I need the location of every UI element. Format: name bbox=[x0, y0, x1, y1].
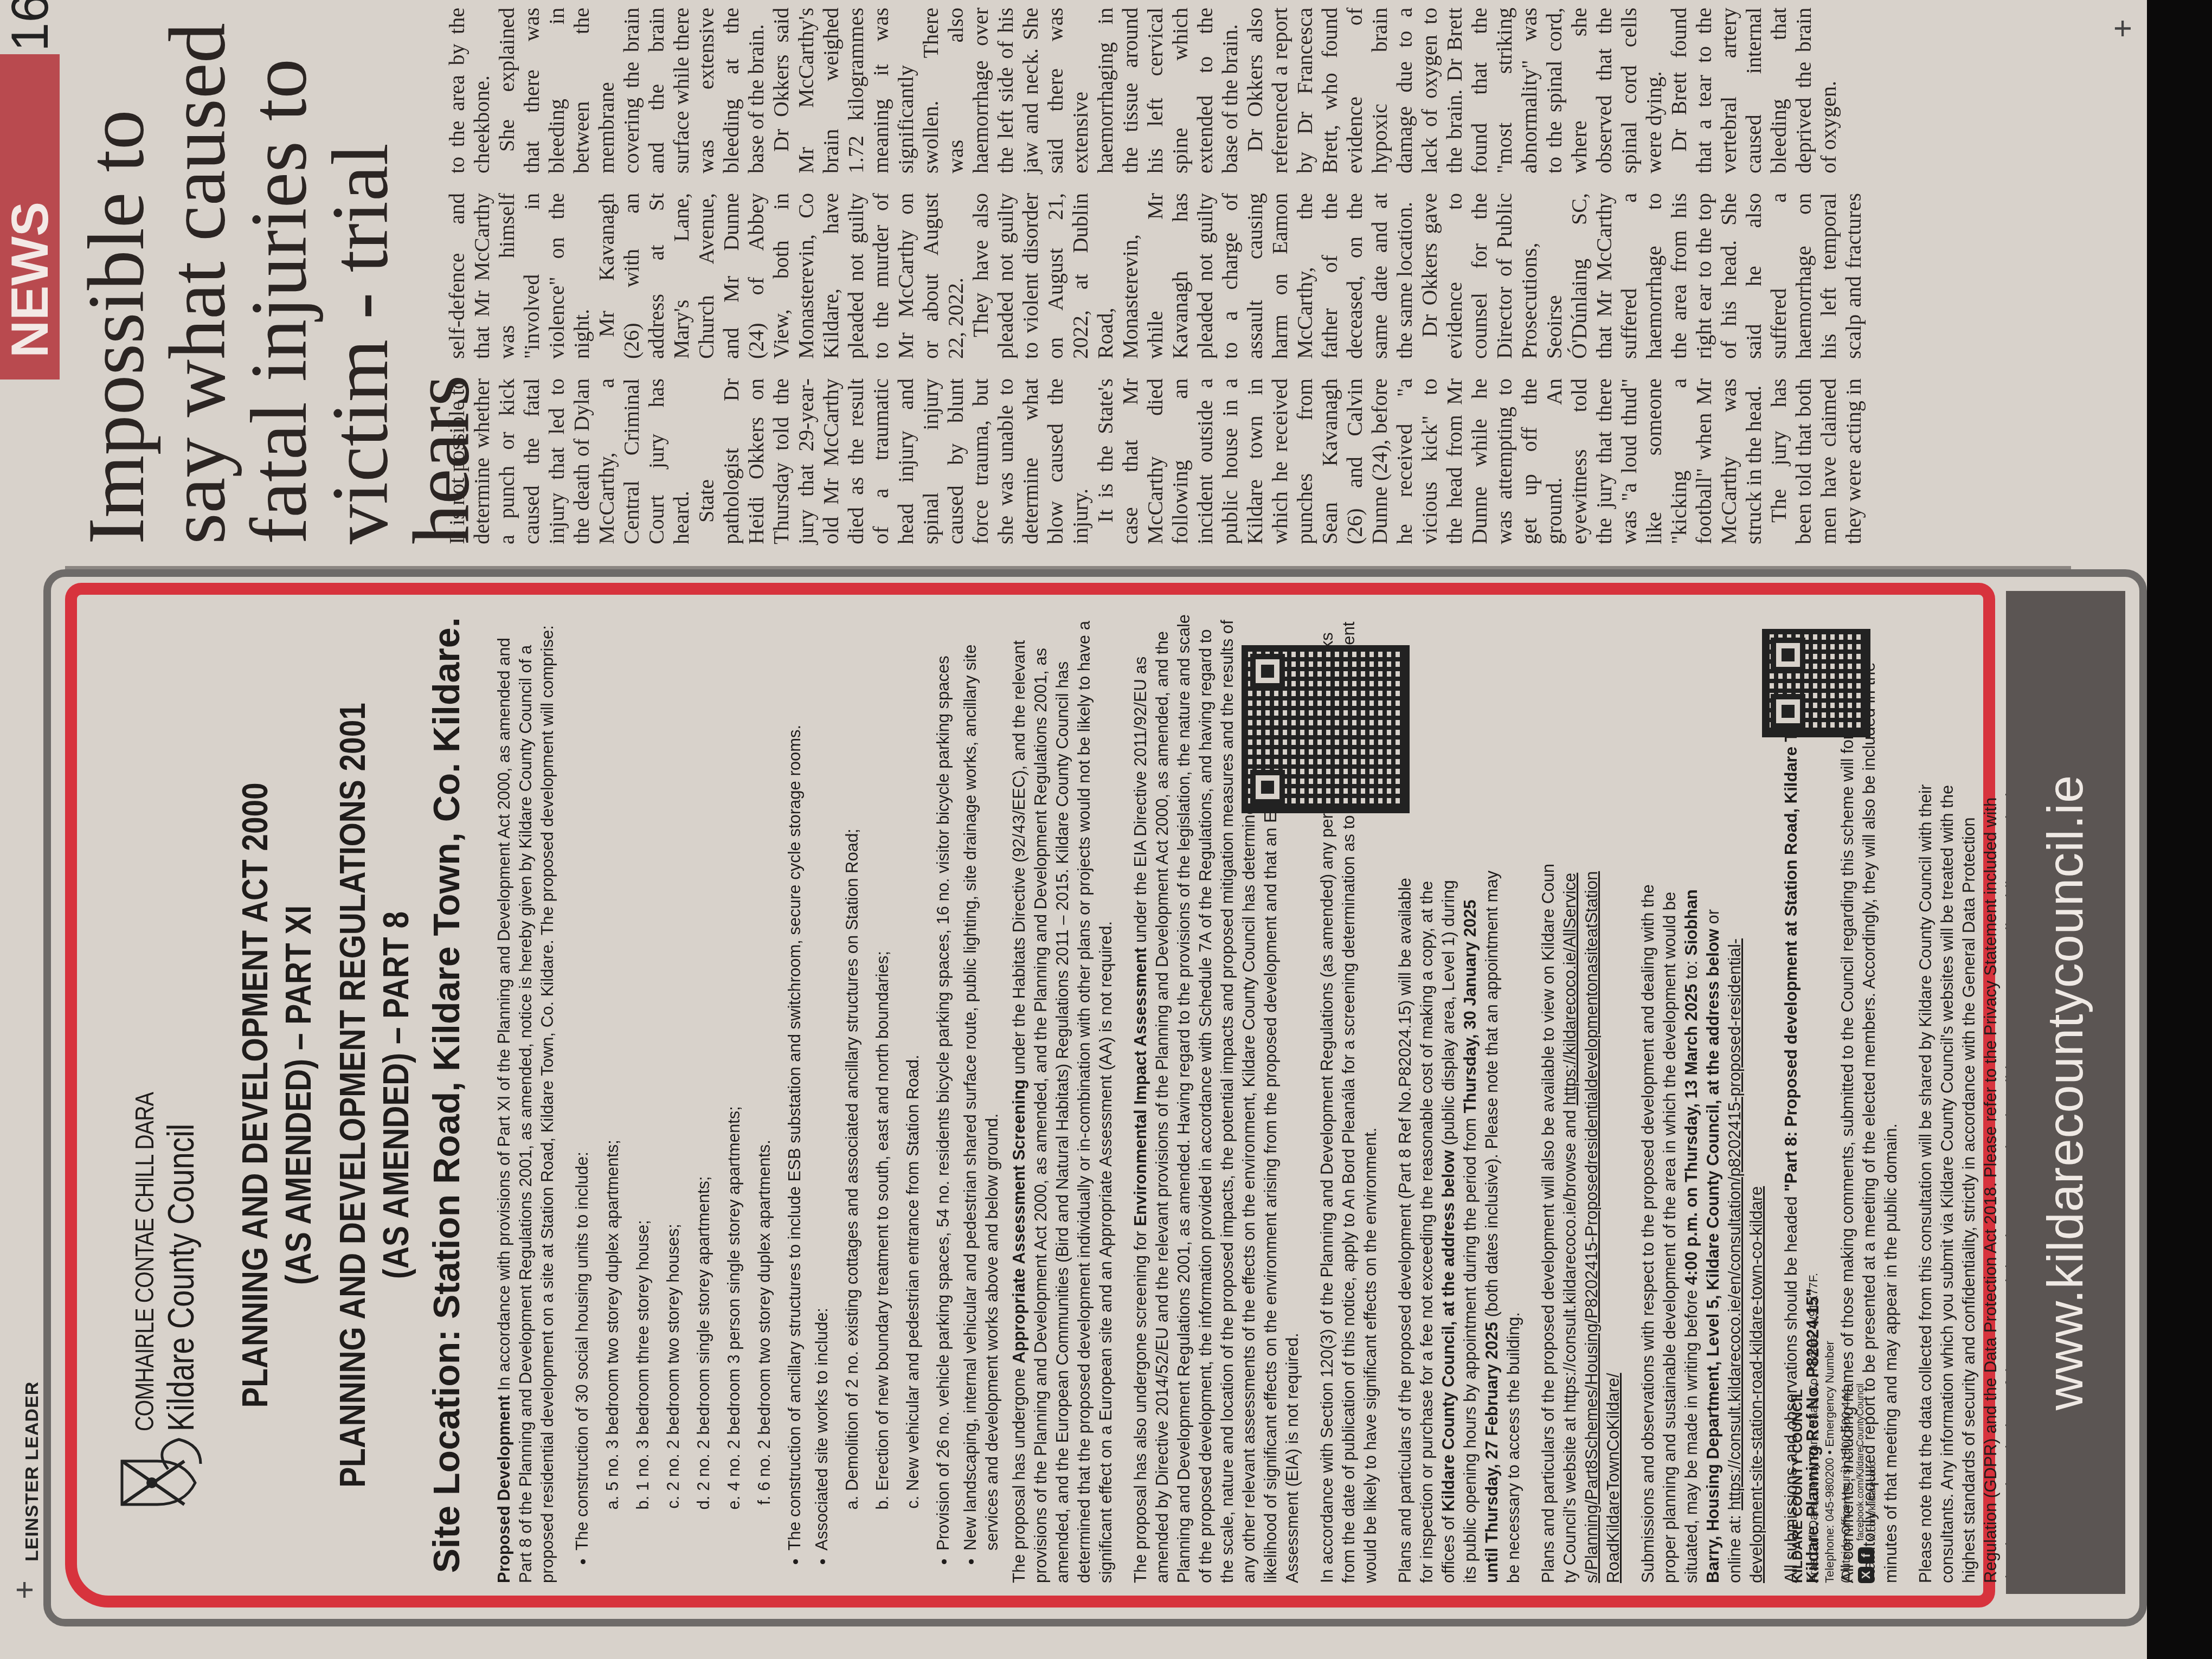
page-number: 16 bbox=[0, 0, 60, 52]
article-paragraph: Dr Brett found that a tear to the verteb… bbox=[1667, 8, 1841, 173]
eia-bold: Environmental Impact Assessment bbox=[1131, 948, 1150, 1226]
aa-pre: The proposal has undergone bbox=[1009, 1364, 1028, 1583]
article-paragraph: Dr Okkers said Mr McCarthy's brain weigh… bbox=[769, 8, 1243, 173]
website-banner[interactable]: www.kildarecountycouncil.ie bbox=[2006, 591, 2125, 1594]
list-item: New landscaping, internal vehicular and … bbox=[960, 607, 1003, 1551]
contact-telephone: Telephone: 045-980200 • Emergency Number bbox=[1822, 1273, 1838, 1583]
article-paragraph: They have also pleaded not guilty to vio… bbox=[968, 193, 1417, 359]
online-paragraph: Plans and particulars of the proposed de… bbox=[1538, 862, 1624, 1583]
heading-act-line-1: PLANNING AND DEVELOPMENT ACT 2000 bbox=[233, 676, 276, 1515]
list-item: 4 no. 2 bedroom 3 person single storey a… bbox=[723, 607, 745, 1491]
plans-paragraph: Plans and particulars of the proposed de… bbox=[1394, 862, 1525, 1583]
consultation-link[interactable]: https://consult.kildarecoco.ie/en/consul… bbox=[1725, 938, 1766, 1583]
list-item: New vehicular and pedestrian entrance fr… bbox=[902, 607, 924, 1491]
social-links: Xf facebook.com/KildareCountyCouncil X.c… bbox=[1854, 1273, 1878, 1583]
heading-act-line-2: (AS AMENDED) – PART XI bbox=[276, 676, 320, 1515]
heading-regs-line-1: PLANNING AND DEVELOPMENT REGULATIONS 200… bbox=[331, 676, 374, 1515]
article-body: It is not possible to determine whether … bbox=[445, 8, 1881, 544]
x-icon[interactable]: X bbox=[1858, 1567, 1874, 1583]
article-paragraph: Mr Kavanagh (26) with an address at St M… bbox=[594, 193, 968, 359]
qr-code-privacy[interactable] bbox=[1762, 629, 1870, 737]
list-item: Provision of 26 no. vehicle parking spac… bbox=[933, 607, 954, 1551]
section-label: NEWS bbox=[0, 54, 60, 380]
crop-mark-icon: + bbox=[5, 1580, 43, 1599]
heading-act-2000: PLANNING AND DEVELOPMENT ACT 2000 (AS AM… bbox=[233, 676, 320, 1515]
council-crest-icon bbox=[119, 1437, 206, 1507]
newspaper-page: LEINSTER LEADER NEWS 16 + COMHAIRLE CONT… bbox=[0, 0, 2147, 1659]
council-name-irish: COMHAIRLE CONTAE CHILL DARA bbox=[130, 1092, 160, 1431]
housing-units-list: 5 no. 3 bedroom two storey duplex apartm… bbox=[602, 607, 775, 1518]
qr-code-plans[interactable] bbox=[1242, 645, 1410, 813]
council-contact-info: KILDARE COUNTY COUNCIL Áras Chill Dara, … bbox=[1789, 1273, 1878, 1583]
contact-address: Áras Chill Dara, Devoy Park, Naas, Co. K… bbox=[1805, 1273, 1822, 1583]
aa-paragraph: The proposal has undergone Appropriate A… bbox=[1008, 607, 1117, 1583]
intro-paragraph: Proposed Development In accordance with … bbox=[493, 607, 558, 1583]
list-item: Demolition of 2 no. existing cottages an… bbox=[841, 607, 863, 1491]
intro-bold: Proposed Development bbox=[494, 1396, 513, 1583]
council-name-english: Kildare County Council bbox=[160, 1124, 202, 1431]
list-item: Associated site works to include: Demoli… bbox=[811, 607, 924, 1551]
list-item: 5 no. 3 bedroom two storey duplex apartm… bbox=[602, 607, 623, 1491]
heading-regulations-2001: PLANNING AND DEVELOPMENT REGULATIONS 200… bbox=[331, 676, 417, 1515]
submissions-paragraph: Submissions and observations with respec… bbox=[1637, 862, 1767, 1583]
article-paragraph: State pathologist Dr Heidi Okkers on Thu… bbox=[694, 378, 1093, 544]
list-item: The construction of 30 social housing un… bbox=[571, 607, 775, 1551]
subm-mid: to: bbox=[1682, 956, 1701, 984]
article-paragraph: It is not possible to determine whether … bbox=[445, 378, 694, 544]
x-link[interactable]: X.com/kildarecoco bbox=[1867, 1461, 1877, 1541]
aa-bold: Appropriate Assessment Screening bbox=[1009, 1079, 1028, 1364]
housing-bullet: The construction of 30 social housing un… bbox=[573, 1152, 591, 1551]
crop-mark-icon: + bbox=[2104, 19, 2141, 38]
article-paragraph: She explained that there was bleeding in… bbox=[494, 8, 769, 173]
plans-bold-1: Kildare County Council, at the address b… bbox=[1439, 1150, 1458, 1512]
site-works-list: Demolition of 2 no. existing cottages an… bbox=[841, 607, 924, 1518]
publication-name: LEINSTER LEADER bbox=[22, 1381, 43, 1561]
subm-deadline: 4:00 p.m. on Thursday, 13 March 2025 bbox=[1682, 983, 1701, 1285]
article-paragraph: Dr Okkers also referenced a report by Dr… bbox=[1243, 8, 1667, 173]
list-item: 1 no. 3 bedroom three storey house; bbox=[632, 607, 654, 1491]
list-item: 6 no. 2 bedroom two storey duplex apartm… bbox=[754, 607, 775, 1491]
eia-pre: The proposal has also undergone screenin… bbox=[1131, 1226, 1150, 1583]
list-item: 2 no. 2 bedroom two storey houses; bbox=[663, 607, 684, 1491]
news-article: Impossible to say what caused fatal inju… bbox=[65, 0, 2071, 569]
contact-emergency: (Outside Office Hours) 1800 500 444 bbox=[1838, 1273, 1854, 1583]
article-paragraph: It is the State's case that Mr McCarthy … bbox=[1093, 378, 1766, 544]
facebook-icon[interactable]: f bbox=[1858, 1547, 1874, 1564]
contact-title: KILDARE COUNTY COUNCIL bbox=[1789, 1273, 1805, 1583]
heading-regs-line-2: (AS AMENDED) – PART 8 bbox=[374, 676, 417, 1515]
site-works-bullet: Associated site works to include: bbox=[812, 1308, 831, 1551]
list-item: 2 no. 2 bedroom single storey apartments… bbox=[693, 607, 715, 1491]
list-item: The construction of ancillary structures… bbox=[784, 607, 806, 1551]
site-location: Site Location: Station Road, Kildare Tow… bbox=[426, 607, 468, 1583]
development-list: The construction of 30 social housing un… bbox=[571, 607, 1003, 1583]
list-item: Erection of new boundary treatment to so… bbox=[872, 607, 893, 1491]
facebook-link[interactable]: facebook.com/KildareCountyCouncil bbox=[1855, 1384, 1866, 1541]
article-headline: Impossible to say what caused fatal inju… bbox=[76, 2, 483, 544]
